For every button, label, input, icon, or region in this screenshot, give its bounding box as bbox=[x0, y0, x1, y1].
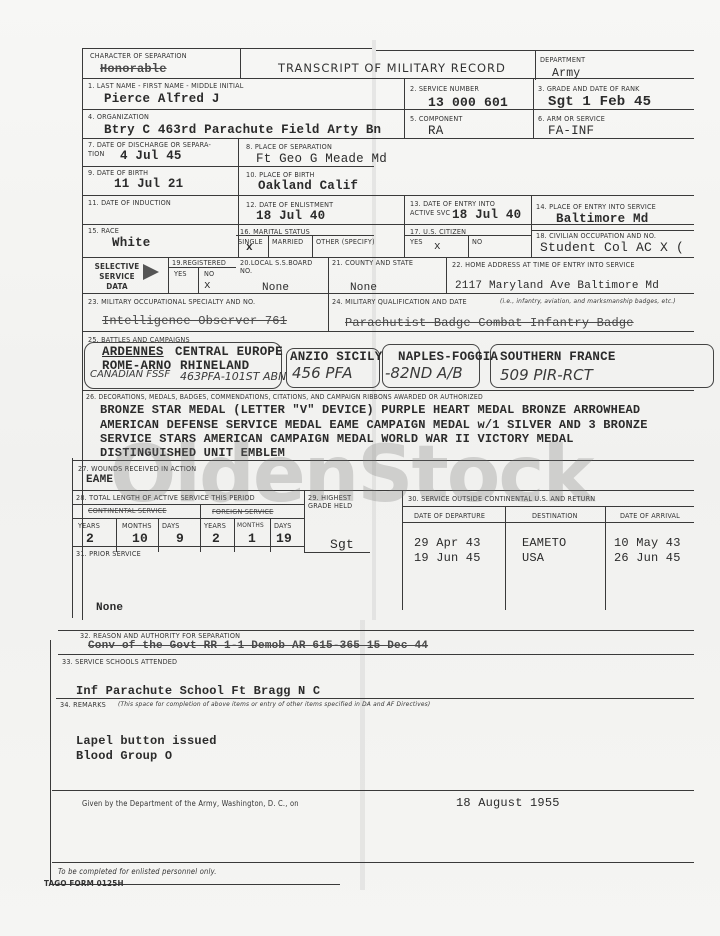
character-of-separation-label: Character of Separation bbox=[90, 52, 187, 60]
continental-days: 9 bbox=[176, 531, 184, 546]
outside-row-2-destination: USA bbox=[522, 551, 544, 565]
grade-label: 3. Grade and Date of Rank bbox=[538, 85, 640, 93]
discharge-date-label: 7. Date of Discharge or Separa- bbox=[88, 141, 211, 149]
outside-row-1-arrival: 10 May 43 bbox=[614, 536, 681, 550]
decorations-label: 26. Decorations, Medals, Badges, Commend… bbox=[86, 394, 483, 401]
component-label: 5. Component bbox=[410, 115, 463, 123]
discharge-date: 4 Jul 45 bbox=[120, 149, 182, 163]
full-name: Pierce Alfred J bbox=[104, 92, 220, 106]
marital-other-label: Other (Specify) bbox=[316, 238, 375, 246]
home-address-label: 22. Home Address at Time of Entry into S… bbox=[452, 261, 635, 269]
remarks-hint: (This space for completion of above item… bbox=[118, 701, 430, 708]
arrival-header: Date of Arrival bbox=[620, 512, 680, 520]
marital-married-label: Married bbox=[272, 238, 303, 246]
citizen-yes-label: Yes bbox=[410, 238, 423, 246]
handwritten-509pir: 509 PIR-RCT bbox=[500, 366, 593, 384]
organization-label: 4. Organization bbox=[88, 113, 149, 121]
handwritten-82nd: -82ND A/B bbox=[385, 364, 463, 382]
given-by-text: Given by the Department of the Army, Was… bbox=[82, 800, 299, 808]
place-of-separation: Ft Geo G Meade Md bbox=[256, 152, 387, 166]
active-entry-date: 18 Jul 40 bbox=[452, 208, 521, 222]
arrow-right-icon bbox=[143, 264, 159, 280]
prior-service: None bbox=[96, 602, 123, 614]
marital-single-mark: x bbox=[246, 242, 253, 254]
race: White bbox=[112, 236, 151, 250]
citizen-no-label: No bbox=[472, 238, 482, 246]
battle-ardennes: ARDENNES bbox=[102, 345, 164, 359]
document-title: TRANSCRIPT OF MILITARY RECORD bbox=[278, 61, 506, 75]
document-page: Character of Separation Honorable TRANSC… bbox=[0, 0, 720, 936]
county-state-label: 21. County and State bbox=[332, 259, 413, 267]
place-of-birth: Oakland Calif bbox=[258, 179, 358, 193]
foreign-years: 2 bbox=[212, 531, 220, 546]
handwritten-canadian-fssf: CANADIAN FSSF bbox=[90, 369, 170, 380]
place-of-separation-label: 8. Place of Separation bbox=[246, 143, 332, 151]
department-label: Department bbox=[540, 56, 585, 64]
remarks-line-2: Blood Group O bbox=[76, 749, 172, 763]
active-entry-label-cont: Active Svc bbox=[410, 209, 450, 217]
mos-label: 23. Military Occupational Specialty and … bbox=[88, 298, 255, 306]
battle-central-europe: CENTRAL EUROPE bbox=[175, 345, 283, 359]
battle-southern-france: SOUTHERN FRANCE bbox=[500, 350, 616, 364]
foreign-months: 1 bbox=[248, 531, 256, 546]
component: RA bbox=[428, 124, 443, 138]
handwritten-456pfa: 456 PFA bbox=[292, 364, 352, 382]
continental-months-label: Months bbox=[122, 522, 152, 530]
foreign-days: 19 bbox=[276, 531, 292, 546]
outside-row-1-destination: EAMETO bbox=[522, 536, 566, 550]
citizen-mark: x bbox=[434, 241, 441, 253]
enlistment-date: 18 Jul 40 bbox=[256, 209, 325, 223]
qualification-label: 24. Military Qualification and Date bbox=[332, 298, 467, 306]
registered-label: 19.Registered bbox=[172, 259, 226, 267]
continental-years: 2 bbox=[86, 531, 94, 546]
remarks-label: 34. Remarks bbox=[60, 701, 106, 709]
highest-grade: Sgt bbox=[330, 537, 354, 552]
civilian-occupation: Student Col AC X ( bbox=[540, 240, 684, 255]
discharge-date-label-cont: tion bbox=[88, 150, 105, 158]
service-number: 13 000 601 bbox=[428, 95, 508, 110]
pob-label: 10. Place of Birth bbox=[246, 171, 315, 179]
decorations-line-1: BRONZE STAR MEDAL (LETTER "V" DEVICE) PU… bbox=[100, 403, 640, 417]
registered-yes-label: Yes bbox=[174, 270, 187, 278]
enlistment-label: 12. Date of Enlistment bbox=[246, 201, 333, 209]
handwritten-463pfa: 463PFA-101ST ABN bbox=[180, 370, 286, 383]
battle-anzio-sicily: ANZIO SICILY bbox=[290, 350, 382, 364]
registered-no-label: No bbox=[204, 270, 214, 278]
remarks-line-1: Lapel button issued bbox=[76, 734, 217, 748]
schools-label: 33. Service Schools Attended bbox=[62, 658, 177, 666]
form-id: TAGO FORM 0125H bbox=[44, 880, 124, 889]
foreign-years-label: Years bbox=[204, 522, 226, 530]
arm-label: 6. Arm or Service bbox=[538, 115, 605, 123]
ss-board-label: 20.Local S.S.Board No. bbox=[240, 259, 326, 275]
continental-days-label: Days bbox=[162, 522, 180, 530]
mos: Intelligence Observer 761 bbox=[102, 314, 287, 328]
qualification-hint: (i.e., infantry, aviation, and marksmans… bbox=[500, 298, 695, 305]
foreign-days-label: Days bbox=[274, 522, 292, 530]
registered-mark: x bbox=[204, 280, 211, 292]
battle-naples-foggia: NAPLES-FOGGIA bbox=[398, 350, 498, 364]
grade-and-date: Sgt 1 Feb 45 bbox=[548, 94, 651, 110]
date-of-birth: 11 Jul 21 bbox=[114, 177, 183, 191]
continental-years-label: Years bbox=[78, 522, 100, 530]
outside-row-2-departure: 19 Jun 45 bbox=[414, 551, 481, 565]
induction-label: 11. Date of Induction bbox=[88, 199, 171, 207]
civilian-occupation-label: 18. Civilian Occupation and No. bbox=[536, 232, 656, 240]
outside-row-1-departure: 29 Apr 43 bbox=[414, 536, 481, 550]
organization: Btry C 463rd Parachute Field Arty Bn bbox=[104, 123, 381, 137]
reason-label: 32. Reason and Authority for Separation bbox=[80, 632, 240, 640]
reason-authority: Conv of the Govt RR 1-1 Demob AR 615-365… bbox=[88, 640, 428, 652]
qualification: Parachutist Badge Combat Infantry Badge bbox=[345, 316, 634, 330]
service-schools: Inf Parachute School Ft Bragg N C bbox=[76, 684, 320, 698]
fold-line bbox=[360, 620, 365, 890]
issue-date: 18 August 1955 bbox=[456, 796, 560, 810]
watermark: OldenStock bbox=[110, 430, 592, 520]
footnote: To be completed for enlisted personnel o… bbox=[58, 868, 217, 876]
service-number-label: 2. Service Number bbox=[410, 85, 479, 93]
selective-service-label: Selective Service Data bbox=[92, 262, 142, 292]
foreign-months-label: Months bbox=[237, 522, 264, 529]
race-label: 15. Race bbox=[88, 227, 119, 235]
prior-service-label: 31. Prior Service bbox=[76, 550, 141, 558]
character-of-separation: Honorable bbox=[100, 62, 167, 76]
arm-or-service: FA-INF bbox=[548, 124, 594, 138]
outside-row-2-arrival: 26 Jun 45 bbox=[614, 551, 681, 565]
place-entry-label: 14. Place of Entry into Service bbox=[536, 203, 656, 211]
home-address: 2117 Maryland Ave Baltimore Md bbox=[455, 280, 659, 292]
dob-label: 9. Date of Birth bbox=[88, 169, 148, 177]
active-entry-label: 13. Date of Entry into bbox=[410, 200, 495, 208]
name-label: 1. Last Name - First Name - Middle Initi… bbox=[88, 82, 244, 90]
continental-months: 10 bbox=[132, 531, 148, 546]
